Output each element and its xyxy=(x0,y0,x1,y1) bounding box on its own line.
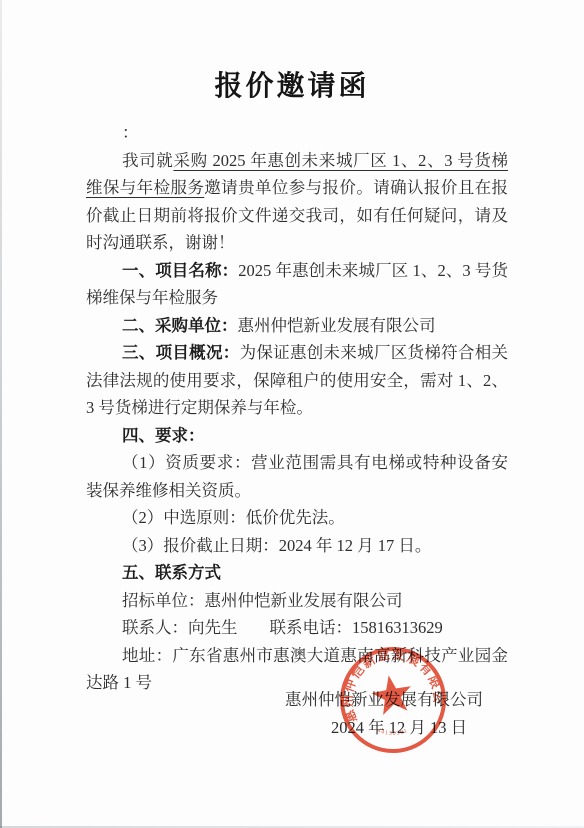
section-purchaser: 二、采购单位：惠州仲恺新业发展有限公司 xyxy=(86,312,508,340)
salutation-line: ： xyxy=(86,119,508,147)
intro-pre-text: 我司就 xyxy=(122,151,173,170)
section-purchaser-text: 惠州仲恺新业发展有限公司 xyxy=(238,316,436,335)
section-purchaser-label: 二、采购单位： xyxy=(122,316,238,335)
seal-serial-number: 44130301 xyxy=(375,723,409,741)
section-project-name-label: 一、项目名称： xyxy=(122,261,238,280)
section-overview: 三、项目概况：为保证惠创未来城厂区货梯符合相关法律法规的使用要求，保障租户的使用… xyxy=(86,339,508,422)
scan-edge-artifact-left xyxy=(0,0,2,828)
scanned-document-page: 报价邀请函 ： 我司就采购 2025 年惠创未来城厂区 1、2、3 号货梯维保与… xyxy=(0,0,584,828)
document-body: ： 我司就采购 2025 年惠创未来城厂区 1、2、3 号货梯维保与年检服务邀请… xyxy=(86,119,508,697)
requirement-item-2: （2）中选原则：低价优先法。 xyxy=(86,504,508,532)
intro-paragraph: 我司就采购 2025 年惠创未来城厂区 1、2、3 号货梯维保与年检服务邀请贵单… xyxy=(86,147,508,257)
salutation-colon: ： xyxy=(122,123,139,142)
seal-star-icon xyxy=(369,672,415,716)
requirement-item-1: （1）资质要求：营业范围需具有电梯或特种设备安装保养维修相关资质。 xyxy=(86,449,508,504)
requirement-item-3: （3）报价截止日期：2024 年 12 月 17 日。 xyxy=(86,532,508,560)
svg-text:44130301: 44130301 xyxy=(375,723,409,741)
section-contact-heading: 五、联系方式 xyxy=(86,559,508,587)
document-title: 报价邀请函 xyxy=(0,70,584,104)
company-seal-stamp-icon: 惠州仲恺新业发展有限公司 44130301 xyxy=(312,619,474,781)
section-overview-label: 三、项目概况： xyxy=(122,343,240,362)
contact-bidder-line: 招标单位：惠州仲恺新业发展有限公司 xyxy=(86,587,508,615)
section-project-name: 一、项目名称：2025 年惠创未来城厂区 1、2、3 号货梯维保与年检服务 xyxy=(86,257,508,312)
section-requirements-heading: 四、要求： xyxy=(86,422,508,450)
contact-person: 联系人：向先生 xyxy=(122,618,238,637)
